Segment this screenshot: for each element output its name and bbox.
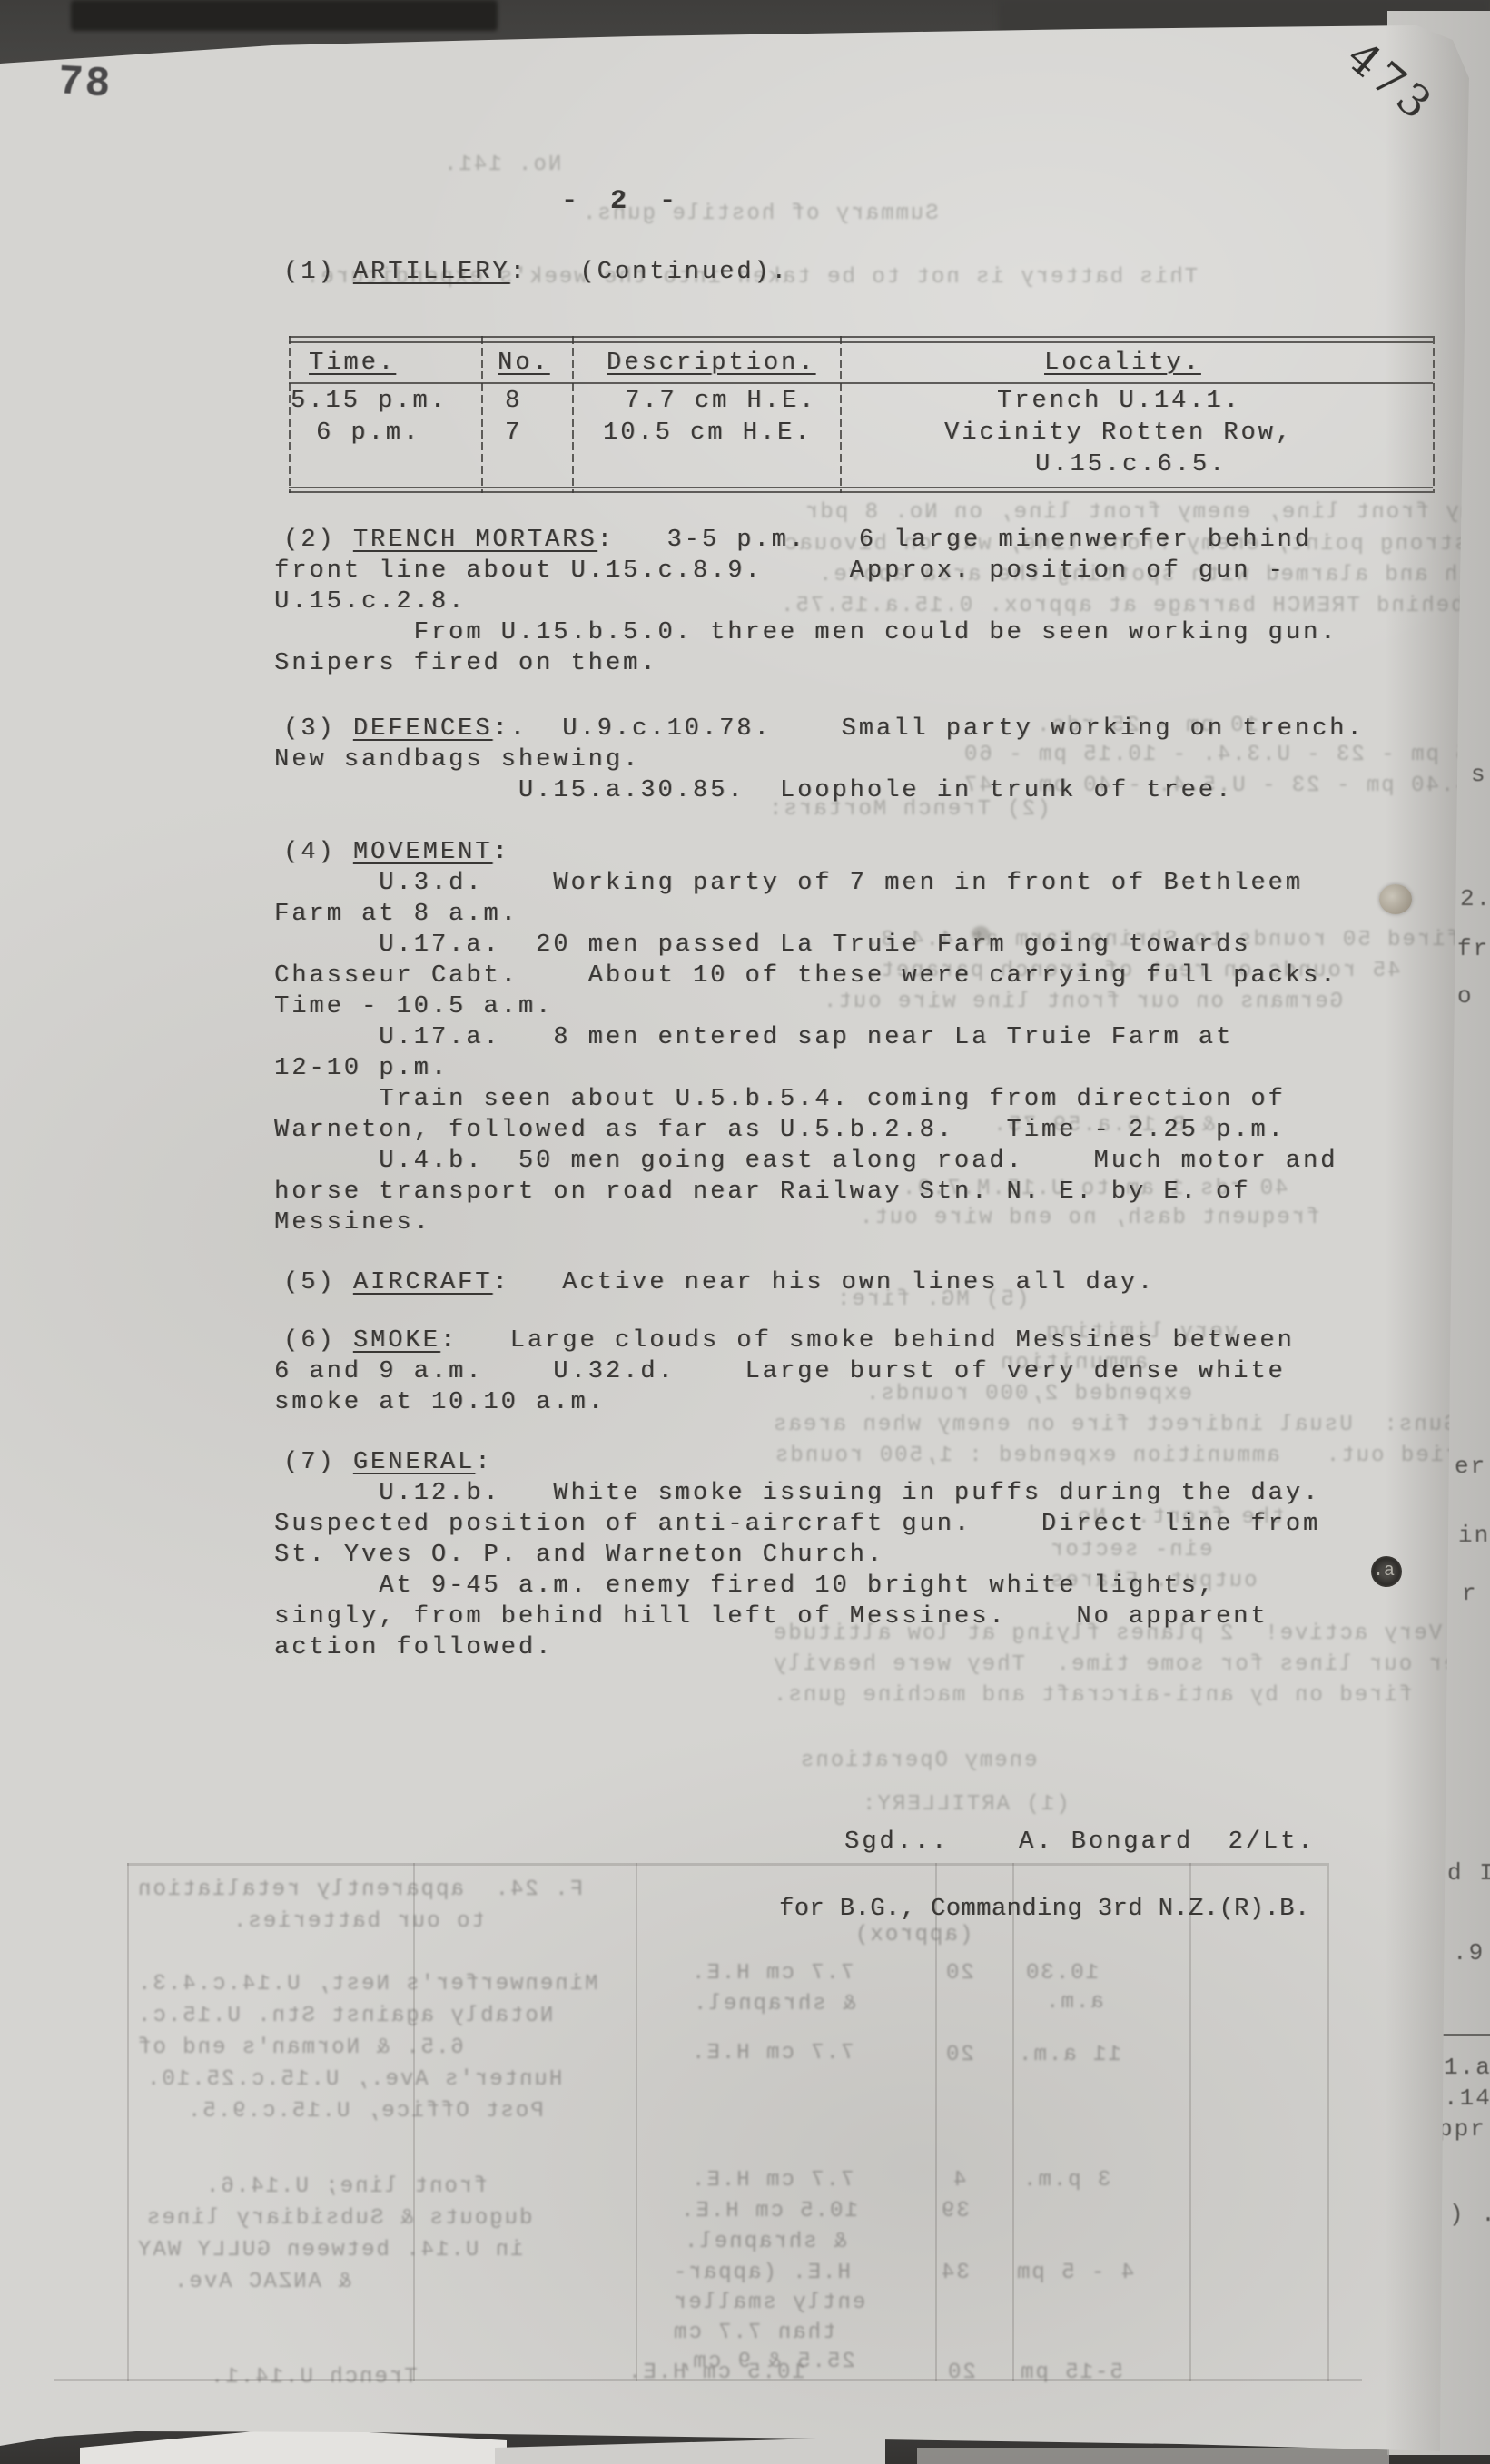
bleedthrough-text: 20 [944,2043,974,2067]
adjacent-page-text-fragment: 1.a [1444,2054,1490,2081]
adjacent-page-text-fragment: 2. [1460,885,1490,912]
section-title: DEFENCES [353,715,493,743]
adjacent-page-text-fragment: .9 [1453,1939,1485,1966]
table-border [289,491,1433,493]
body-line: front line about U.15.c.8.9. Approx. pos… [274,556,1286,586]
body-line: U.4.b. 50 men going east along road. Muc… [274,1146,1337,1177]
body-line: From U.15.b.5.0. three men could be seen… [274,617,1337,648]
bleedthrough-text: 11 a.m. [1017,2043,1121,2067]
body-line: U.17.a. 20 men passed La Truie Farm goin… [274,930,1250,961]
adjacent-page-text-fragment: in [1458,1522,1490,1549]
section-heading-rest: : (Continued). [510,259,789,286]
bleedthrough-text: a.m. [1044,1990,1104,2015]
body-line: singly, from behind hill left of Messine… [274,1602,1268,1632]
bleedthrough-text: H.E. (appar- [672,2261,851,2285]
table-cell-no: 7 [505,418,522,448]
page-number: - 2 - [561,186,684,217]
body-line: horse transport on road near Railway Stn… [274,1177,1250,1207]
bleedthrough-text: Hunter's Ave., U.15.c.25.10. [145,2067,562,2092]
adjacent-page-text-fragment: .14 [1444,2085,1490,2112]
bleedthrough-text: 5-15 pm [1019,2361,1123,2385]
table-border [289,341,1433,343]
section-heading-rest: : 3-5 p.m. 6 large minenwerfer behind [597,527,1312,554]
bleed-table-line [1189,1863,1191,2381]
section-3-heading: (3) DEFENCES:. U.9.c.10.78. Small party … [283,714,1365,744]
bleedthrough-text: Germans on our front line wire out. [822,990,1343,1014]
table-border [289,336,1433,338]
bleedthrough-text: 4 [952,2168,966,2193]
bleedthrough-text: 39 [940,2199,970,2223]
bleedthrough-text: in U.14. between GULLY WAY [136,2238,523,2262]
adjacent-page-text-fragment: ppr [1438,2115,1486,2143]
bleedthrough-text: 6.5. & Norman's end of [136,2035,464,2060]
body-line: At 9-45 a.m. enemy fired 10 bright white… [274,1571,1216,1602]
bleedthrough-text: & ANZAC Ave. [173,2270,351,2294]
table-header-description: Description. [607,348,815,379]
body-line: 12-10 p.m. [274,1053,449,1084]
body-line: U.15.a.30.85. Loophole in trunk of tree. [274,775,1233,806]
document-page: No. 141.Summary of hostile guns.This bat… [0,0,1490,2464]
adjacent-page-text-fragment: ) .a. ( [1449,2201,1490,2228]
section-title: AIRCRAFT [353,1269,493,1296]
adjacent-page-text-fragment: er [1455,1453,1486,1480]
scanned-document: s2.froerinrd I.91.a.14ppr) .a. ( No. 141… [0,0,1490,2464]
bleedthrough-text: Minenwerfer's Nest, U.14.c.4.3. [136,1972,597,1996]
bleedthrough-text: ently smaller [672,2291,865,2315]
paper-scrap-bottom-right [917,2448,1389,2464]
bleedthrough-text: Post Office, U.15.c.9.5. [186,2099,544,2124]
bleedthrough-text: Machine Guns: Usual indirect fire on ene… [772,1413,1490,1437]
section-2-heading: (2) TRENCH MORTARS: 3-5 p.m. 6 large min… [283,525,1312,556]
stamp-number: 78 [57,58,113,108]
bleedthrough-text: front line; U.14.6. [204,2174,488,2199]
section-title: SMOKE [353,1327,440,1355]
section-heading-rest: : [475,1449,492,1476]
table-cell-no: 8 [505,386,522,417]
section-number: (6) [283,1327,353,1355]
bleedthrough-text: 7.7 cm H.E. [690,2041,854,2065]
adjacent-page-text-fragment: fr [1457,935,1489,962]
section-heading-rest: : Active near his own lines all day. [492,1269,1155,1296]
bleedthrough-text: to our batteries. [232,1909,485,1934]
signature-line: Sgd... A. Bongard 2/Lt. [844,1827,1315,1858]
section-number: (5) [283,1269,353,1296]
bleedthrough-text: 10.30 [1024,1961,1099,1986]
section-heading-rest: :. U.9.c.10.78. Small party working on t… [492,715,1364,743]
bleed-table-line [127,1863,129,2381]
table-cell-description: 10.5 cm H.E. [603,418,812,448]
table-cell-time: 5.15 p.m. [291,386,448,417]
body-line: smoke at 10.10 a.m. [274,1387,606,1418]
body-line: Time - 10.5 a.m. [274,991,553,1022]
section-5-heading: (5) AIRCRAFT: Active near his own lines … [283,1267,1155,1298]
section-4-heading: (4) MOVEMENT: [283,837,510,868]
bleedthrough-text: 20 [946,2361,976,2385]
bleedthrough-text: (1) ARTILLERY: [861,1792,1070,1817]
body-line: Messines. [274,1207,431,1238]
table-border [289,487,1433,488]
body-line: Train seen about U.5.b.5.4. coming from … [274,1084,1286,1115]
body-line: U.3.d. Working party of 7 men in front o… [274,868,1303,899]
body-line: Snipers fired on them. [274,648,657,679]
bleedthrough-text: enemy Operations [799,1749,1037,1773]
signature-authority-line: for B.G., Commanding 3rd N.Z.(R).B. [779,1894,1310,1925]
table-border [289,382,1433,384]
bleedthrough-text: carried out. ammunition expended : 1,500… [774,1444,1490,1468]
bleedthrough-text: 4 - 5 pm [1015,2261,1134,2285]
body-line: U.17.a. 8 men entered sap near La Truie … [274,1022,1233,1053]
body-line: Farm at 8 a.m. [274,899,518,930]
section-title: TRENCH MORTARS [353,527,597,554]
bleed-table-line [636,1863,637,2381]
bleedthrough-text: ein- sector [1049,1538,1212,1562]
table-header-no: No. [498,348,550,379]
bleedthrough-text: (approx) [854,1923,972,1947]
bleedthrough-text: 7.7 cm H.E. [690,2168,854,2193]
bleedthrough-text: Notably against Stn. U.15.c. [136,2004,553,2028]
section-1-heading: (1) ARTILLERY: (Continued). [283,257,789,288]
body-line: Warneton, followed as far as U.5.b.2.8. … [274,1115,1286,1146]
table-border [481,336,483,493]
bleed-table-line [1012,1863,1014,2381]
bleedthrough-text: Trench U.14.1. [209,2365,418,2390]
table-header-locality: Locality. [1044,348,1201,379]
adjacent-page-text-fragment: r [1462,1580,1478,1607]
bleedthrough-text: 34 [940,2261,970,2285]
bleed-table-line [1327,1863,1329,2381]
section-heading-rest: : [492,839,509,866]
section-number: (3) [283,715,353,743]
section-number: (7) [283,1449,353,1476]
section-6-heading: (6) SMOKE: Large clouds of smoke behind … [283,1326,1295,1356]
bleedthrough-text: remained over our lines for some time. T… [772,1652,1490,1677]
section-title: GENERAL [353,1449,475,1476]
table-cell-locality: U.15.c.6.5. [1035,449,1227,480]
table-cell-time: 6 p.m. [316,418,420,448]
body-line: Chasseur Cabt. About 10 of these were ca… [274,961,1337,991]
bleedthrough-text: 20 [944,1961,974,1986]
section-7-heading: (7) GENERAL: [283,1447,492,1478]
section-title: ARTILLERY [353,259,510,286]
adjacent-page-rule-line [1440,2034,1490,2036]
bleedthrough-text: frequent dash, no end wire out. [858,1206,1319,1230]
scanner-shadow-strip [71,0,498,31]
bleedthrough-text: 7.7 cm H.E. [690,1961,854,1986]
body-line: action followed. [274,1632,553,1663]
bleedthrough-text: No. 141. [442,153,561,177]
bleedthrough-text: & shrapnel. [683,2230,846,2254]
body-line: U.15.c.2.8. [274,586,466,617]
ink-smudge-dot [972,926,990,941]
body-line: Suspected position of anti-aircraft gun.… [274,1509,1320,1540]
table-border [840,336,842,493]
table-cell-locality: Trench U.14.1. [997,386,1241,417]
body-line: St. Yves O. P. and Warneton Church. [274,1540,884,1571]
table-border [572,336,574,493]
bleed-table-line [127,1863,1327,1866]
body-line: U.12.b. White smoke issuing in puffs dur… [274,1478,1320,1509]
section-title: MOVEMENT [353,839,493,866]
bleedthrough-text: 10.5 cm H.E. [627,2361,805,2385]
section-number: (2) [283,527,353,554]
bleedthrough-text: 3 p.m. [1021,2168,1110,2193]
adjacent-page-text-fragment: o [1457,982,1474,1010]
section-number: (4) [283,839,353,866]
bleedthrough-text: fired 60 rounds behind TRENCH barrage at… [779,594,1490,618]
adjacent-page-text-fragment: s [1471,761,1487,788]
body-line: New sandbags shewing. [274,744,640,775]
bleedthrough-text: than 7.7 cm [672,2321,835,2345]
table-cell-description: 7.7 cm H.E. [625,386,816,417]
body-line: 6 and 9 a.m. U.32.d. Large burst of very… [274,1356,1286,1387]
bleedthrough-text: dugouts & Subsidiary lines [145,2206,532,2231]
bleedthrough-text: & shrapnel. [692,1992,855,2016]
table-header-time: Time. [309,348,396,379]
section-number: (1) [283,259,353,286]
section-heading-rest: : Large clouds of smoke behind Messines … [440,1327,1295,1355]
bleedthrough-text: F. 24. apparently retaliation [136,1878,583,1902]
table-cell-locality: Vicinity Rotten Row, [944,418,1293,448]
adjacent-page-text-fragment: d I [1447,1859,1490,1887]
bleedthrough-text: fired on by anti-aircraft and machine gu… [772,1683,1412,1708]
bleedthrough-text: 10.5 cm H.E. [679,2199,858,2223]
